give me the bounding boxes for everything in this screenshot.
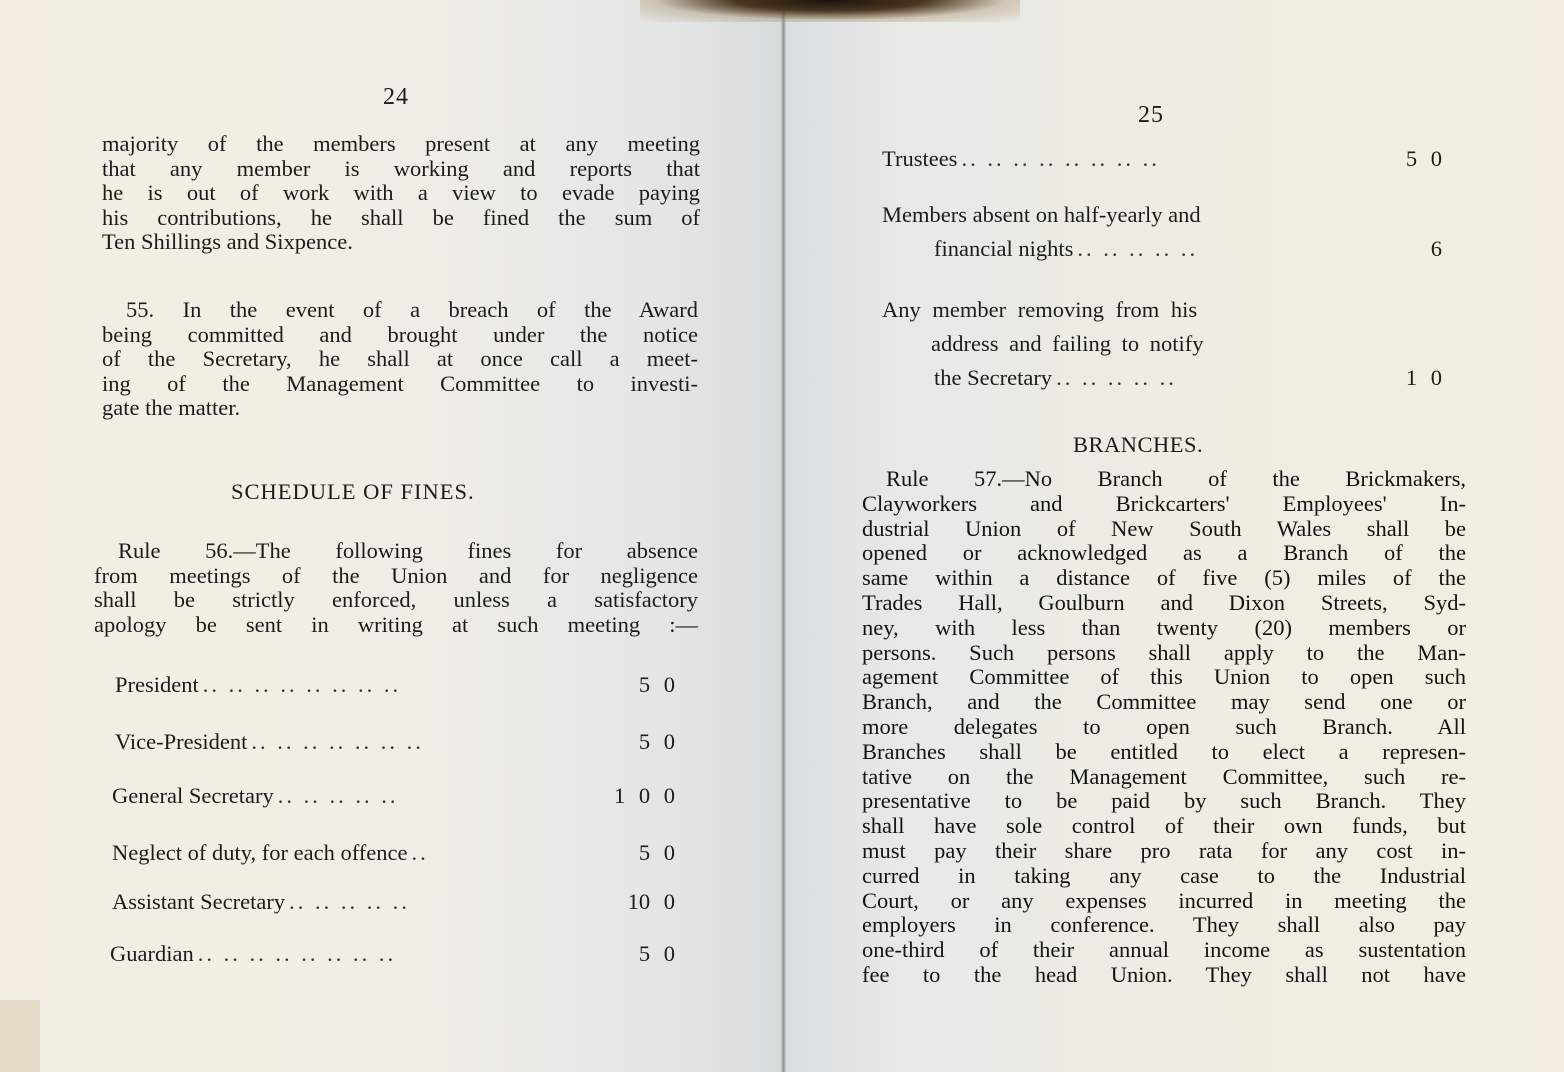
text-line: presentative to be paid by such Branch. … [862, 789, 1466, 814]
fine-row-general-secretary: General Secretary .. .. .. .. .. 1 0 0 [112, 783, 675, 809]
text-line: of the Secretary, he shall at once call … [102, 347, 698, 372]
leader-dots: .. .. .. .. .. .. .. .. [957, 146, 1342, 172]
text-line: more delegates to open such Branch. All [862, 715, 1466, 740]
booklet-spread: 24 majority of the members present at an… [0, 0, 1564, 1072]
text-line: Court, or any expenses incurred in meeti… [862, 889, 1466, 914]
fine-amount: 1 0 0 [575, 783, 675, 809]
text-line: persons. Such persons shall apply to the… [862, 641, 1466, 666]
text-line: Branch, and the Committee may send one o… [862, 690, 1466, 715]
text-line: tative on the Management Committee, such… [862, 765, 1466, 790]
fine-label: Trustees [882, 146, 957, 172]
text-line: that any member is working and reports t… [102, 157, 700, 182]
fine-label-continued: address and failing to notify [882, 327, 1442, 361]
text-line: ing of the Management Committee to inves… [102, 372, 698, 397]
spine-shadow [640, 0, 1020, 22]
fine-label: General Secretary [112, 783, 274, 809]
leader-dots: .. .. .. .. .. [1052, 361, 1342, 395]
fine-label: Any member removing from his [882, 293, 1442, 327]
continuation-paragraph: majority of the members present at any m… [102, 132, 700, 255]
text-line: shall be strictly enforced, unless a sat… [94, 588, 698, 613]
leader-dots: .. .. .. .. .. [285, 889, 575, 915]
leader-dots: .. .. .. .. .. .. .. [247, 729, 575, 755]
right-page: 25 Trustees .. .. .. .. .. .. .. .. 5 0 … [784, 0, 1564, 1072]
fine-amount: 5 0 [1342, 146, 1442, 172]
fine-label-continued: financial nights [934, 232, 1073, 266]
fine-label: Assistant Secretary [112, 889, 285, 915]
fine-amount: 1 0 [1342, 361, 1442, 395]
fine-amount: 10 0 [575, 889, 675, 915]
fine-amount: 5 0 [575, 941, 675, 967]
left-page: 24 majority of the members present at an… [0, 0, 784, 1072]
rule-56-paragraph: Rule 56.—The following fines for absence… [94, 539, 698, 637]
fine-amount: 5 0 [575, 840, 675, 866]
fine-label: Vice-President [115, 729, 247, 755]
text-line: gate the matter. [102, 396, 698, 421]
text-line: fee to the head Union. They shall not ha… [862, 963, 1466, 988]
text-line: from meetings of the Union and for negli… [94, 564, 698, 589]
page-number-left: 24 [383, 84, 409, 111]
text-line: same within a distance of five (5) miles… [862, 566, 1466, 591]
text-line: curred in taking any case to the Industr… [862, 864, 1466, 889]
text-line: one-third of their annual income as sust… [862, 938, 1466, 963]
fine-label: Members absent on half-yearly and [882, 198, 1442, 232]
fine-amount: 6 [1342, 232, 1442, 266]
text-line: his contributions, he shall be fined the… [102, 206, 700, 231]
leader-dots: .. [407, 840, 575, 866]
text-line: he is out of work with a view to evade p… [102, 181, 700, 206]
text-line: Trades Hall, Goulburn and Dixon Streets,… [862, 591, 1466, 616]
fine-row-president: President .. .. .. .. .. .. .. .. 5 0 [115, 672, 675, 698]
fine-amount: 5 0 [575, 729, 675, 755]
fine-row-removing-address: Any member removing from his address and… [882, 293, 1442, 395]
book-gutter [781, 0, 786, 1072]
branches-heading: BRANCHES. [1073, 432, 1203, 458]
leader-dots: .. .. .. .. .. .. .. .. [194, 941, 575, 967]
text-line: employers in conference. They shall also… [862, 913, 1466, 938]
fine-amount: 5 0 [575, 672, 675, 698]
text-line: must pay their share pro rata for any co… [862, 839, 1466, 864]
text-line: being committed and brought under the no… [102, 323, 698, 348]
fine-label: Guardian [110, 941, 194, 967]
rule-55-paragraph: 55. In the event of a breach of the Awar… [102, 298, 698, 421]
leader-dots: .. .. .. .. .. .. .. .. [199, 672, 575, 698]
text-line: apology be sent in writing at such meeti… [94, 613, 698, 638]
rule-57-paragraph: Rule 57.—No Branch of the Brickmakers, C… [862, 467, 1466, 988]
leader-dots: .. .. .. .. .. [274, 783, 575, 809]
page-corner-wear [0, 1000, 40, 1072]
text-line: Rule 57.—No Branch of the Brickmakers, [862, 467, 1466, 492]
fine-row-trustees: Trustees .. .. .. .. .. .. .. .. 5 0 [882, 146, 1442, 172]
fine-row-vice-president: Vice-President .. .. .. .. .. .. .. 5 0 [115, 729, 675, 755]
fine-row-assistant-secretary: Assistant Secretary .. .. .. .. .. 10 0 [112, 889, 675, 915]
text-line: opened or acknowledged as a Branch of th… [862, 541, 1466, 566]
fine-row-members-absent: Members absent on half-yearly and financ… [882, 198, 1442, 266]
text-line: Ten Shillings and Sixpence. [102, 230, 700, 255]
text-line: ney, with less than twenty (20) members … [862, 616, 1466, 641]
schedule-of-fines-heading: SCHEDULE OF FINES. [231, 479, 475, 505]
fine-label: President [115, 672, 199, 698]
fine-label: Neglect of duty, for each offence [112, 840, 407, 866]
text-line: agement Committee of this Union to open … [862, 665, 1466, 690]
text-line: dustrial Union of New South Wales shall … [862, 517, 1466, 542]
text-line: shall have sole control of their own fun… [862, 814, 1466, 839]
page-number-right: 25 [1138, 102, 1164, 129]
text-line: Branches shall be entitled to elect a re… [862, 740, 1466, 765]
fine-label-continued: the Secretary [934, 361, 1052, 395]
fine-row-guardian: Guardian .. .. .. .. .. .. .. .. 5 0 [110, 941, 675, 967]
text-line: Rule 56.—The following fines for absence [94, 539, 698, 564]
leader-dots: .. .. .. .. .. [1073, 232, 1342, 266]
text-line: 55. In the event of a breach of the Awar… [102, 298, 698, 323]
fine-row-neglect-of-duty: Neglect of duty, for each offence .. 5 0 [112, 840, 675, 866]
text-line: Clayworkers and Brickcarters' Employees'… [862, 492, 1466, 517]
text-line: majority of the members present at any m… [102, 132, 700, 157]
